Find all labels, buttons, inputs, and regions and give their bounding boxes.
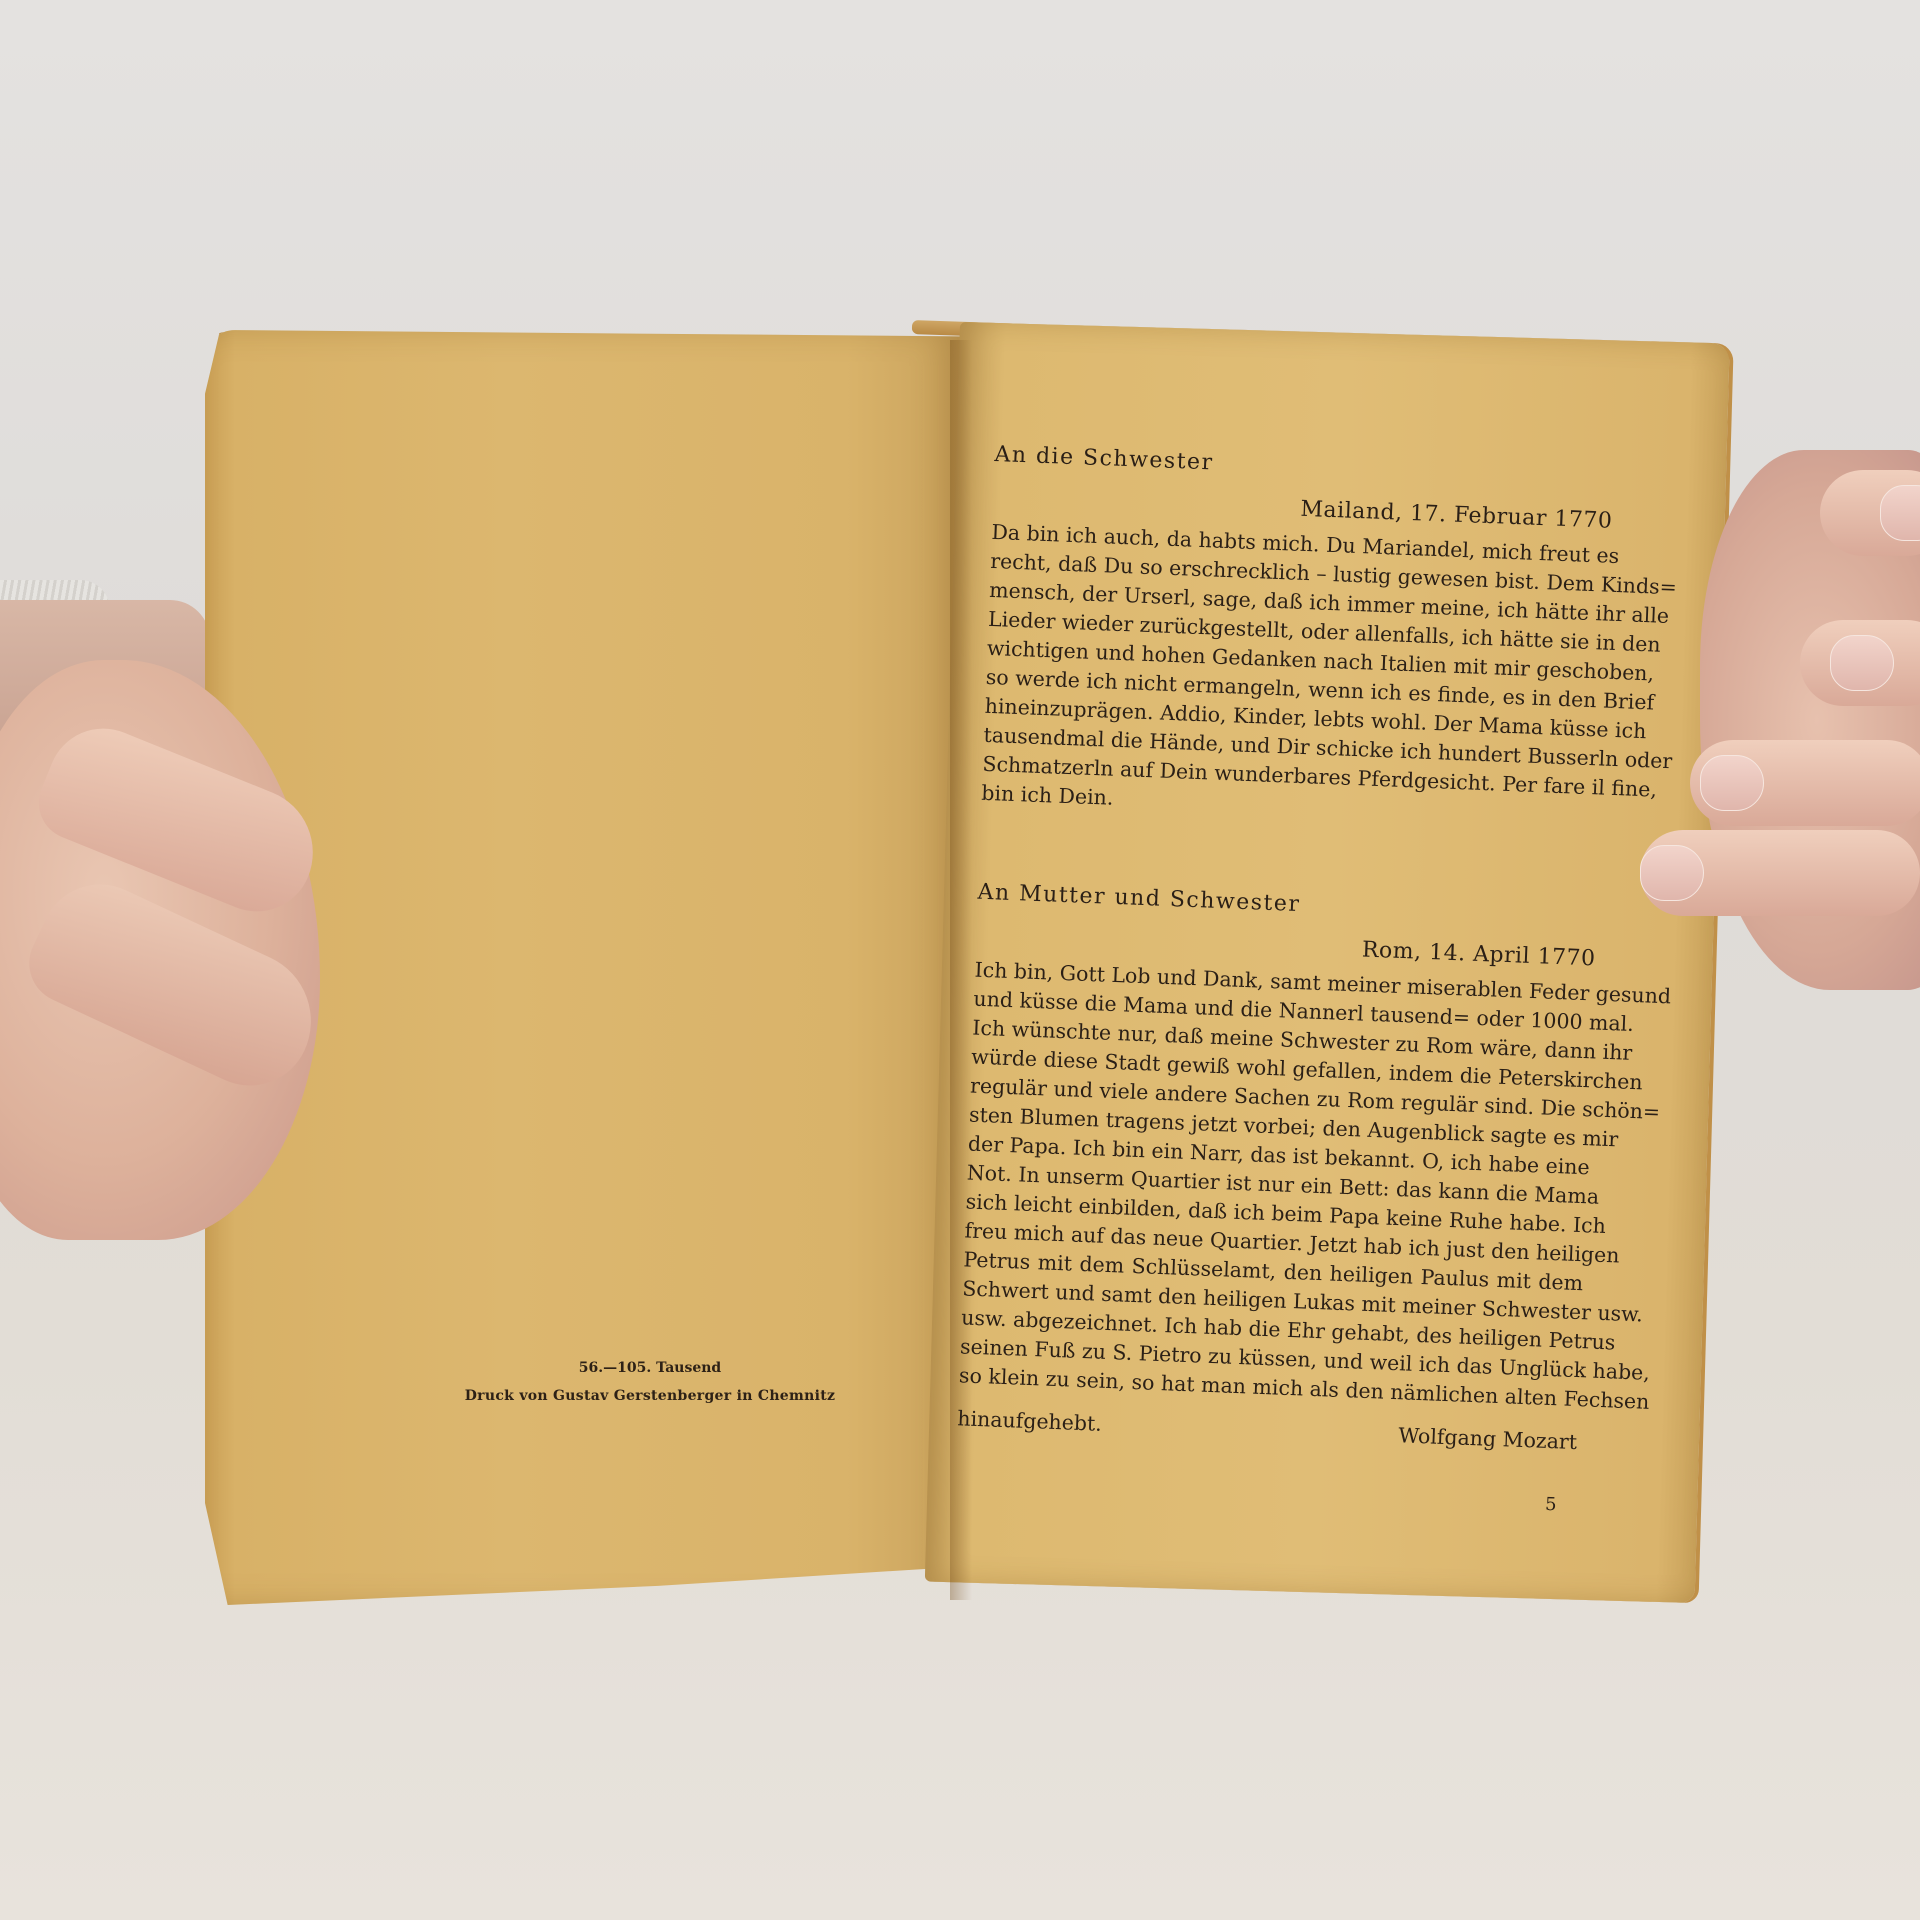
letter-2: An Mutter und Schwester Rom, 14. April 1… <box>955 878 1598 1517</box>
printer-note: Druck von Gustav Gerstenberger in Chemni… <box>455 1388 845 1404</box>
imprint: 56.—105. Tausend Druck von Gustav Gerste… <box>455 1360 845 1404</box>
right-page-text: An die Schwester Mailand, 17. Februar 17… <box>955 440 1615 1517</box>
letter-1: An die Schwester Mailand, 17. Februar 17… <box>981 440 1615 832</box>
fingernail <box>1830 635 1894 691</box>
page-number: 5 <box>1545 1490 1558 1519</box>
photo-scene: 56.—105. Tausend Druck von Gustav Gerste… <box>0 0 1920 1920</box>
letter-heading: An Mutter und Schwester <box>977 878 1598 931</box>
letter-body: Da bin ich auch, da habts mich. Du Maria… <box>981 518 1612 832</box>
edition-note: 56.—105. Tausend <box>455 1360 845 1376</box>
fingernail <box>1700 755 1764 811</box>
fingernail <box>1880 485 1920 541</box>
letter-body: Ich bin, Gott Lob und Dank, samt meiner … <box>958 956 1594 1414</box>
fingernail <box>1640 845 1704 901</box>
